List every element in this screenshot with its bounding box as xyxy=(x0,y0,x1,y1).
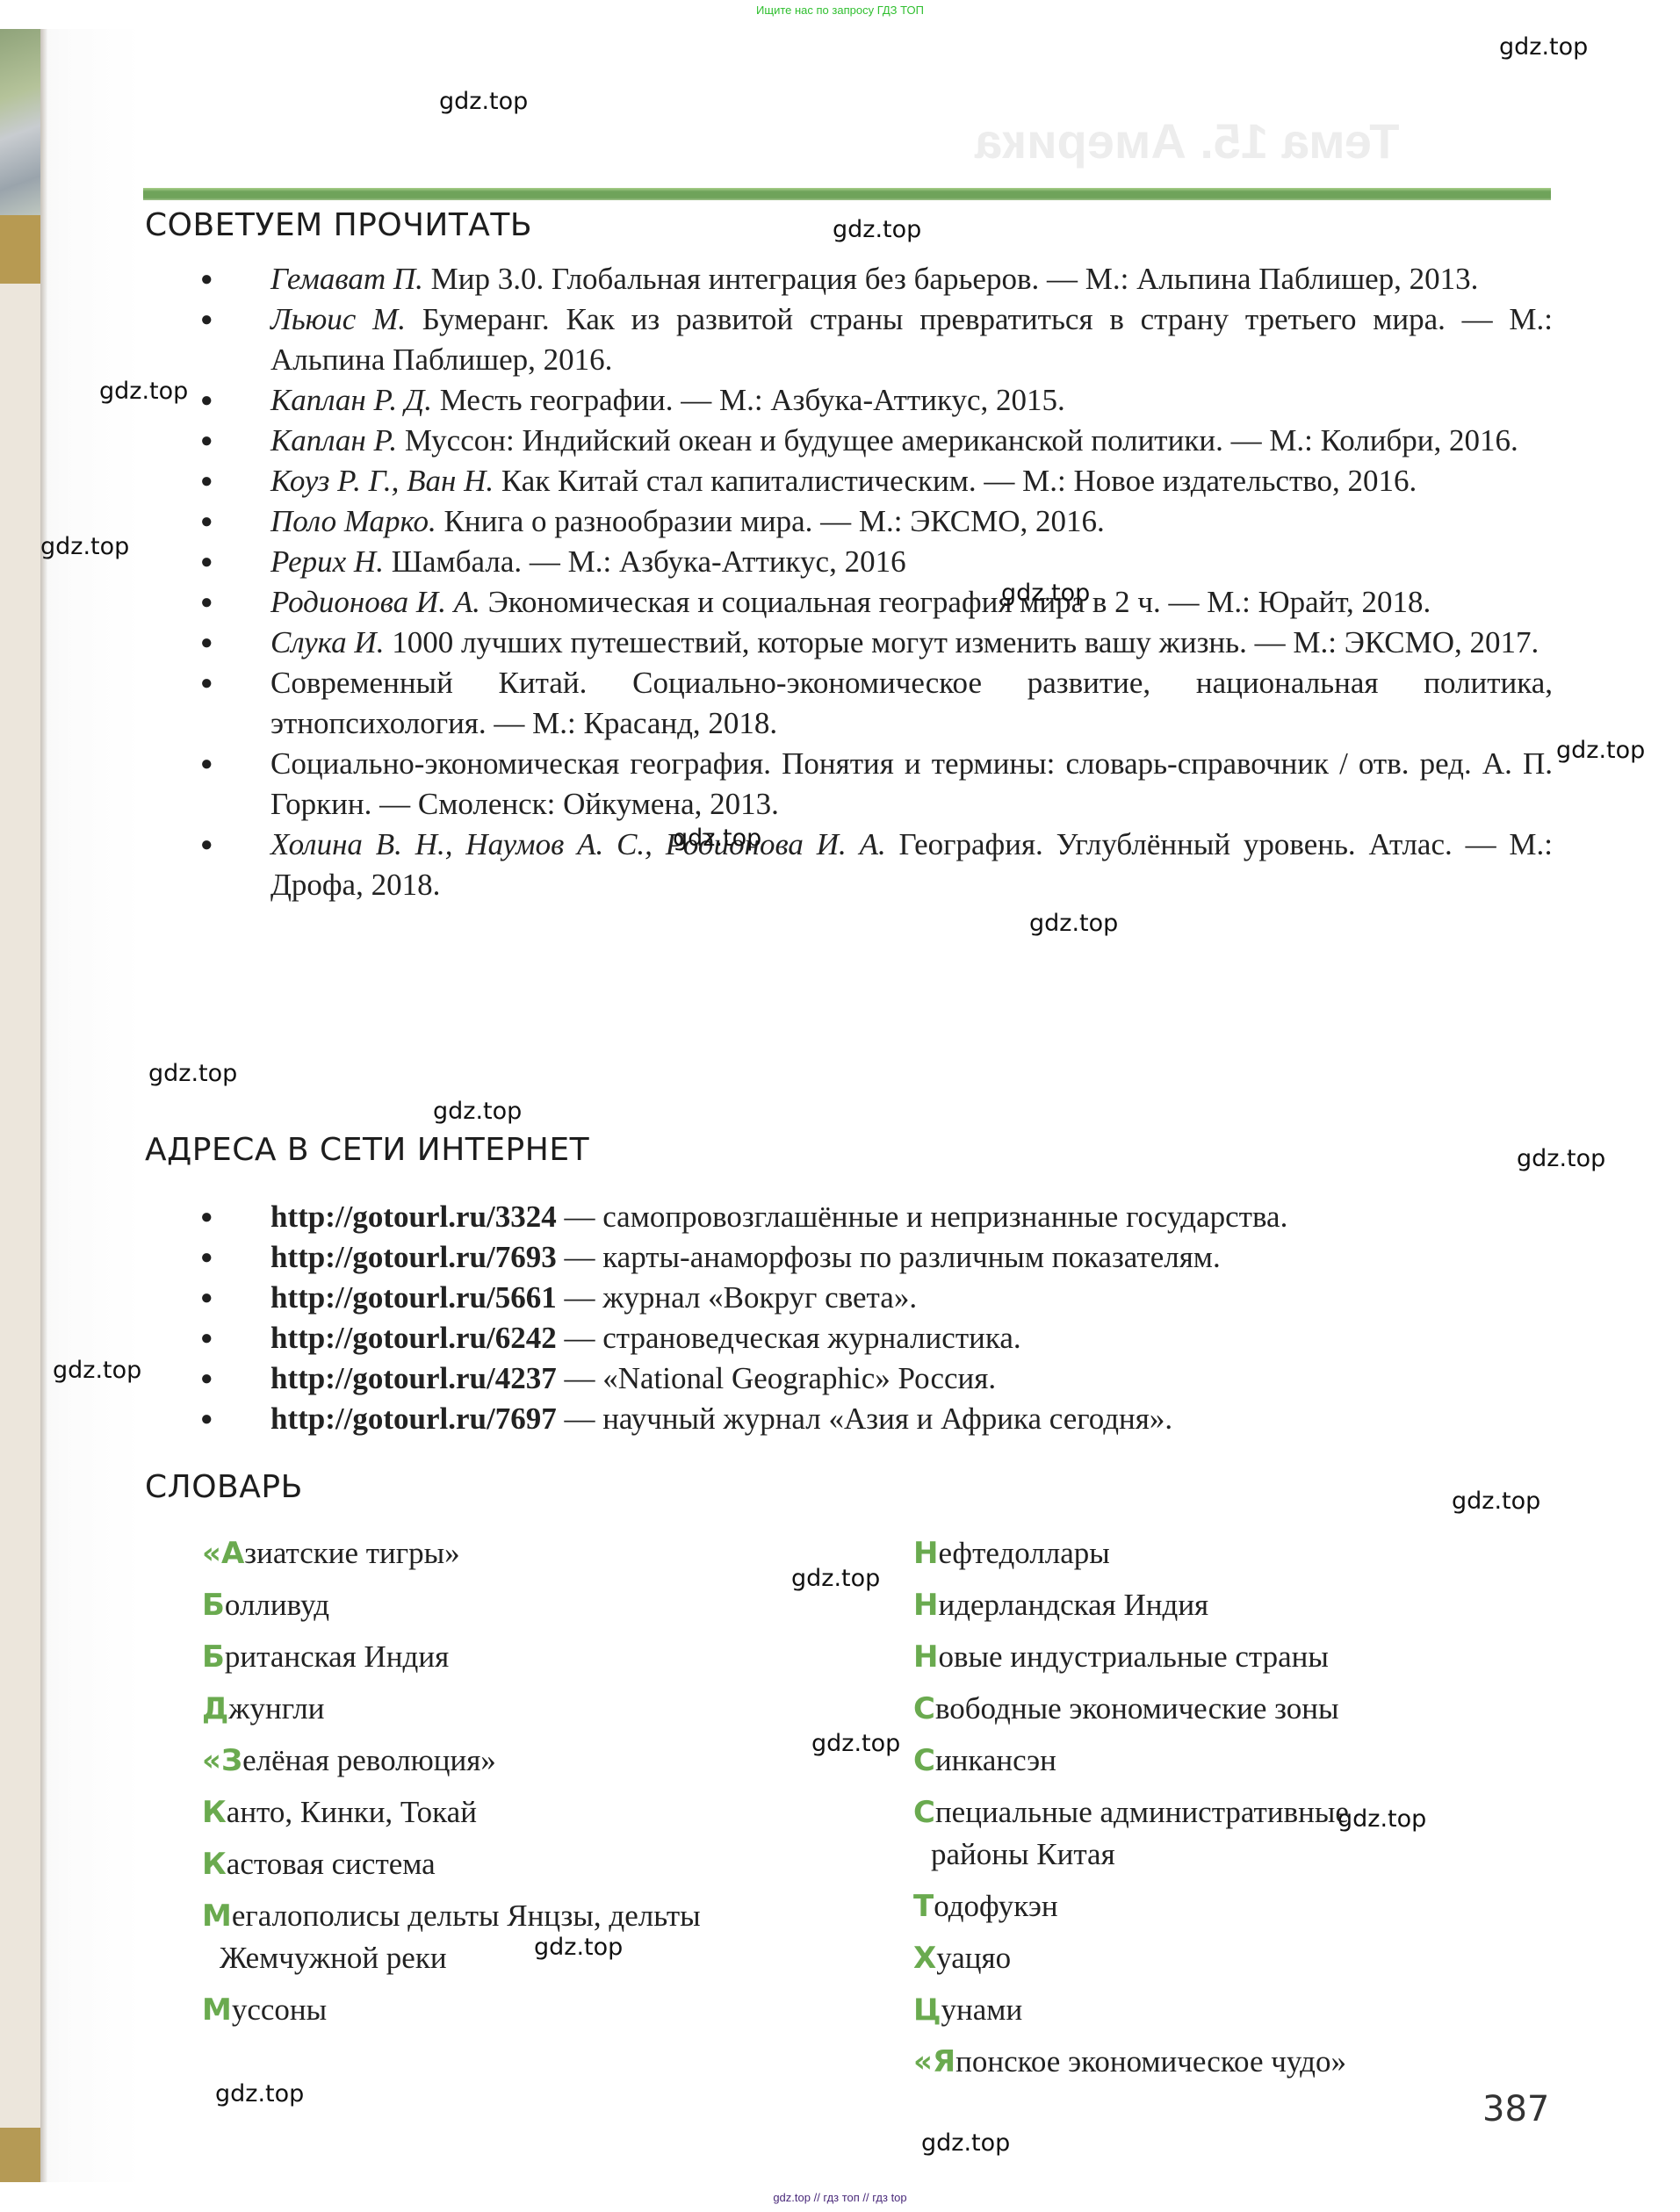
watermark: gdz.top xyxy=(1499,33,1588,61)
term-rest: понское экономическое чудо» xyxy=(955,2044,1346,2079)
glossary-term: Свободные экономические зоны xyxy=(913,1688,1563,1730)
glossary-term: Цунами xyxy=(913,1989,1563,2031)
book-title: Современный Китай. Социально-экономическ… xyxy=(270,666,1553,740)
reading-list-item: Социально-экономическая география. Понят… xyxy=(200,744,1553,825)
book-author: Гемават П. xyxy=(270,262,423,296)
book-title: Книга о разнообразии мира. — М.: ЭКСМО, … xyxy=(436,504,1105,538)
reading-list-item: Каплан Р. Д. Месть географии. — М.: Азбу… xyxy=(200,380,1553,421)
reading-list-item: Коуз Р. Г., Ван Н. Как Китай стал капита… xyxy=(200,461,1553,501)
book-title: Бумеранг. Как из развитой страны преврат… xyxy=(270,302,1553,377)
book-title: Муссон: Индийский океан и будущее америк… xyxy=(397,423,1518,458)
glossary-term: Муссоны xyxy=(202,1989,905,2031)
internet-link-item: http://gotourl.ru/7693 — карты-анаморфоз… xyxy=(200,1237,1570,1278)
url-description: — самопровозглашённые и непризнанные гос… xyxy=(557,1200,1288,1234)
term-initial: Х xyxy=(913,1941,936,1976)
term-rest: елёная революция» xyxy=(242,1743,496,1777)
term-initial: К xyxy=(202,1847,227,1882)
url-link[interactable]: http://gotourl.ru/5661 xyxy=(270,1280,557,1315)
internet-link-item: http://gotourl.ru/4237 — «National Geogr… xyxy=(200,1358,1570,1399)
watermark: gdz.top xyxy=(1338,1805,1426,1833)
watermark: gdz.top xyxy=(439,88,528,115)
term-initial: «А xyxy=(202,1536,244,1571)
glossary-term: Хуацяо xyxy=(913,1937,1563,1979)
watermark: gdz.top xyxy=(99,378,188,405)
bottom-banner: gdz.top // гдз топ // гдз top xyxy=(0,2191,1680,2204)
internet-section-title: АДРЕСА В СЕТИ ИНТЕРНЕТ xyxy=(145,1132,589,1168)
term-rest: олливуд xyxy=(225,1588,329,1622)
spine-photo xyxy=(0,29,44,215)
spine-gold-band-bottom xyxy=(0,2128,44,2182)
watermark: gdz.top xyxy=(811,1730,900,1757)
book-author: Каплан Р. Д. xyxy=(270,383,432,417)
glossary-term: Британская Индия xyxy=(202,1636,905,1678)
term-rest: инкансэн xyxy=(935,1743,1056,1777)
watermark: gdz.top xyxy=(1029,910,1118,937)
reading-list-item: Поло Марко. Книга о разнообразии мира. —… xyxy=(200,501,1553,542)
show-through-header: Тема 15. Америка xyxy=(975,112,1399,169)
glossary-term: Канто, Кинки, Токай xyxy=(202,1791,905,1834)
term-rest: жунгли xyxy=(228,1691,324,1726)
term-initial: К xyxy=(202,1795,227,1830)
internet-link-item: http://gotourl.ru/7697 — научный журнал … xyxy=(200,1399,1570,1439)
term-rest: ефтедоллары xyxy=(938,1536,1109,1570)
term-rest: овые индустриальные страны xyxy=(938,1639,1328,1674)
term-initial: «З xyxy=(202,1743,242,1778)
term-rest: ританская Индия xyxy=(225,1639,449,1674)
url-description: — научный журнал «Азия и Африка сегодня»… xyxy=(557,1401,1172,1436)
watermark: gdz.top xyxy=(215,2080,304,2108)
url-description: — страноведческая журналистика. xyxy=(557,1321,1021,1355)
term-rest: идерландская Индия xyxy=(938,1588,1208,1622)
book-author: Коуз Р. Г., Ван Н. xyxy=(270,464,494,498)
watermark: gdz.top xyxy=(1001,580,1090,607)
watermark: gdz.top xyxy=(1517,1145,1605,1172)
term-initial: С xyxy=(913,1691,935,1726)
url-link[interactable]: http://gotourl.ru/3324 xyxy=(270,1200,557,1234)
watermark: gdz.top xyxy=(433,1098,522,1125)
term-rest: вободные экономические зоны xyxy=(935,1691,1339,1726)
book-author: Холина В. Н., Наумов А. С., Родионова И.… xyxy=(270,827,886,861)
url-description: — «National Geographic» Россия. xyxy=(557,1361,996,1395)
watermark: gdz.top xyxy=(833,216,921,243)
book-title: Месть географии. — М.: Азбука-Аттикус, 2… xyxy=(432,383,1065,417)
book-author: Поло Марко. xyxy=(270,504,436,538)
page-number: 387 xyxy=(1482,2089,1549,2129)
glossary-section-title: СЛОВАРЬ xyxy=(145,1469,303,1505)
reading-list-item: Современный Китай. Социально-экономическ… xyxy=(200,663,1553,744)
spine-gold-band xyxy=(0,215,44,284)
term-initial: Н xyxy=(913,1588,938,1623)
textbook-page: Тема 15. Америка СОВЕТУЕМ ПРОЧИТАТЬ Гема… xyxy=(0,29,1680,2182)
glossary-term: Кастовая система xyxy=(202,1843,905,1885)
term-rest: анто, Кинки, Токай xyxy=(227,1795,477,1829)
term-initial: С xyxy=(913,1743,935,1778)
watermark: gdz.top xyxy=(53,1357,141,1384)
book-title: Экономическая и социальная география мир… xyxy=(480,585,1431,619)
watermark: gdz.top xyxy=(40,533,129,560)
term-rest: пециальные административные xyxy=(935,1795,1349,1829)
term-rest: астовая система xyxy=(227,1847,436,1881)
watermark: gdz.top xyxy=(534,1934,623,1961)
reading-section-title: СОВЕТУЕМ ПРОЧИТАТЬ xyxy=(145,207,532,243)
book-author: Каплан Р. xyxy=(270,423,397,458)
book-title: 1000 лучших путешествий, которые могут и… xyxy=(384,625,1539,659)
glossary-left-column: «Азиатские тигры»БолливудБританская Инди… xyxy=(202,1532,905,2041)
reading-list: Гемават П. Мир 3.0. Глобальная интеграци… xyxy=(200,259,1553,905)
watermark: gdz.top xyxy=(791,1565,880,1592)
internet-link-item: http://gotourl.ru/5661 — журнал «Вокруг … xyxy=(200,1278,1570,1318)
reading-list-item: Гемават П. Мир 3.0. Глобальная интеграци… xyxy=(200,259,1553,299)
term-initial: Б xyxy=(202,1639,225,1675)
watermark: gdz.top xyxy=(1556,737,1645,764)
term-rest: зиатские тигры» xyxy=(244,1536,459,1570)
term-initial: Т xyxy=(913,1889,934,1924)
term-continuation: районы Китая xyxy=(913,1834,1563,1876)
term-rest: одофукэн xyxy=(934,1889,1057,1923)
book-title: Как Китай стал капиталистическим. — М.: … xyxy=(494,464,1417,498)
internet-links-list: http://gotourl.ru/3324 — самопровозглашё… xyxy=(200,1197,1570,1439)
book-author: Слука И. xyxy=(270,625,384,659)
url-description: — журнал «Вокруг света». xyxy=(557,1280,917,1315)
glossary-term: «Зелёная революция» xyxy=(202,1740,905,1782)
term-rest: уацяо xyxy=(936,1941,1011,1975)
book-spine xyxy=(0,29,44,2182)
reading-list-item: Холина В. Н., Наумов А. С., Родионова И.… xyxy=(200,825,1553,905)
book-title: Мир 3.0. Глобальная интеграция без барье… xyxy=(423,262,1479,296)
reading-list-item: Льюис М. Бумеранг. Как из развитой стран… xyxy=(200,299,1553,380)
glossary-term: Джунгли xyxy=(202,1688,905,1730)
internet-link-item: http://gotourl.ru/6242 — страноведческая… xyxy=(200,1318,1570,1358)
url-description: — карты-анаморфозы по различным показате… xyxy=(557,1240,1221,1274)
reading-list-item: Слука И. 1000 лучших путешествий, которы… xyxy=(200,623,1553,663)
url-link[interactable]: http://gotourl.ru/7697 xyxy=(270,1401,557,1436)
term-initial: Б xyxy=(202,1588,225,1623)
url-link[interactable]: http://gotourl.ru/7693 xyxy=(270,1240,557,1274)
internet-link-item: http://gotourl.ru/3324 — самопровозглашё… xyxy=(200,1197,1570,1237)
term-initial: Д xyxy=(202,1691,228,1726)
term-initial: «Я xyxy=(913,2044,955,2079)
glossary-term: Тодофукэн xyxy=(913,1885,1563,1927)
term-rest: унами xyxy=(941,1992,1023,2027)
book-author: Родионова И. А. xyxy=(270,585,480,619)
term-initial: Н xyxy=(913,1639,938,1675)
book-author: Рерих Н. xyxy=(270,544,384,579)
watermark: gdz.top xyxy=(148,1060,237,1087)
reading-list-item: Рерих Н. Шамбала. — М.: Азбука-Аттикус, … xyxy=(200,542,1553,582)
watermark: gdz.top xyxy=(1452,1488,1540,1515)
term-rest: уссоны xyxy=(232,1992,327,2027)
term-initial: М xyxy=(202,1992,232,2028)
watermark: gdz.top xyxy=(673,825,761,852)
glossary-term: Нидерландская Индия xyxy=(913,1584,1563,1626)
term-initial: Ц xyxy=(913,1992,941,2028)
reading-list-item: Каплан Р. Муссон: Индийский океан и буду… xyxy=(200,421,1553,461)
url-link[interactable]: http://gotourl.ru/4237 xyxy=(270,1361,557,1395)
term-initial: С xyxy=(913,1795,935,1830)
reading-list-item: Родионова И. А. Экономическая и социальн… xyxy=(200,582,1553,623)
glossary-term: Специальные административныерайоны Китая xyxy=(913,1791,1563,1876)
url-link[interactable]: http://gotourl.ru/6242 xyxy=(270,1321,557,1355)
glossary-term: Нефтедоллары xyxy=(913,1532,1563,1574)
watermark: gdz.top xyxy=(921,2129,1010,2157)
glossary-term: Синкансэн xyxy=(913,1740,1563,1782)
header-green-rule xyxy=(143,188,1551,200)
top-search-banner[interactable]: Ищите нас по запросу ГДЗ ТОП xyxy=(0,4,1680,17)
glossary-term: «Японское экономическое чудо» xyxy=(913,2041,1563,2083)
term-initial: Н xyxy=(913,1536,938,1571)
spine-shadow xyxy=(40,29,47,2182)
glossary-right-column: НефтедолларыНидерландская ИндияНовые инд… xyxy=(913,1532,1563,2093)
book-title: Социально-экономическая география. Понят… xyxy=(270,746,1553,821)
book-author: Льюис М. xyxy=(270,302,406,336)
term-initial: М xyxy=(202,1899,232,1934)
book-title: Шамбала. — М.: Азбука-Аттикус, 2016 xyxy=(384,544,906,579)
term-rest: егалополисы дельты Янцзы, дельты xyxy=(232,1899,701,1933)
glossary-term: Новые индустриальные страны xyxy=(913,1636,1563,1678)
